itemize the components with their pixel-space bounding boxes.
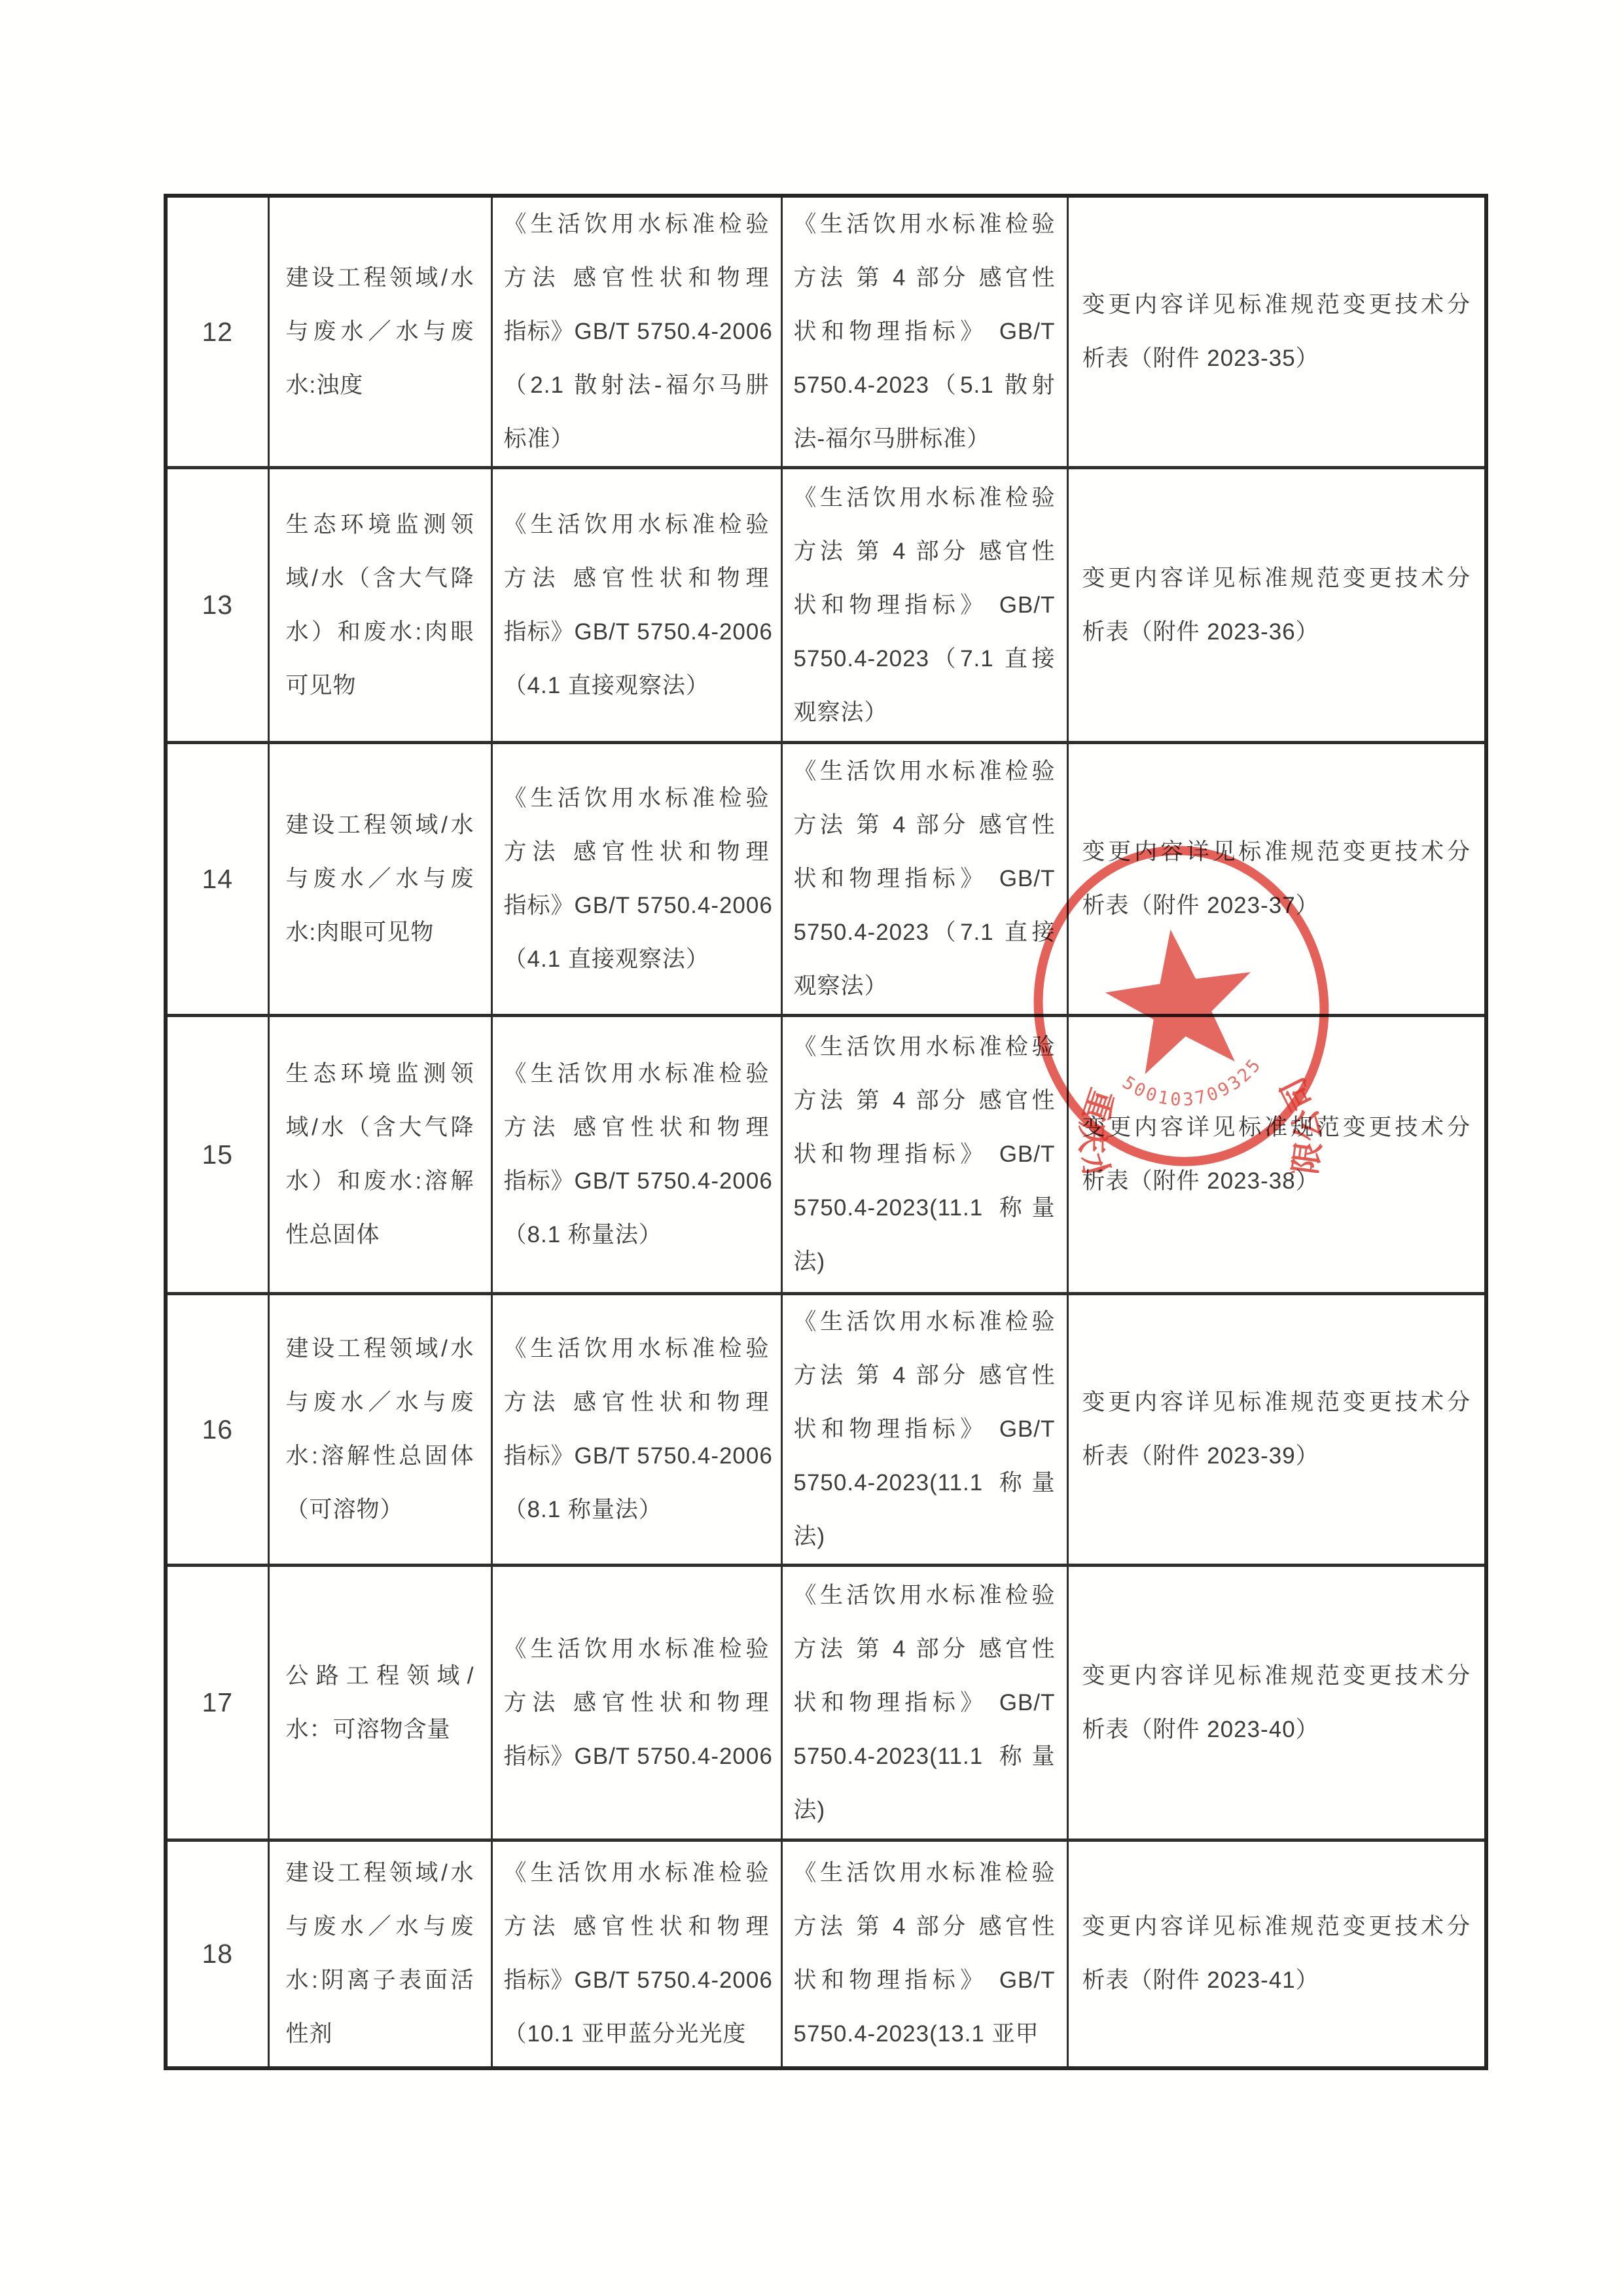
- cell-text-line: 5750.4-2023（7.1 直接: [783, 632, 1067, 686]
- cell-text-line: 5750.4-2023（7.1 直接: [783, 906, 1067, 960]
- standards-change-table: 12 建设工程领域/水与废水／水与废水:浊度 《生活饮用水标准检验方法 感官性状…: [164, 194, 1488, 2070]
- cell-text-line: 法-福尔马肼标准）: [783, 412, 1067, 466]
- old-standard-cell: 《生活饮用水标准检验方法 感官性状和物理指标》GB/T 5750.4-2006（…: [491, 196, 781, 468]
- field-cell: 建设工程领域/水与废水／水与废水:浊度: [268, 196, 491, 468]
- cell-text-line: （8.1 称量法）: [493, 1483, 781, 1537]
- change-note-cell: 变更内容详见标准规范变更技术分析表（附件 2023-38）: [1067, 1016, 1486, 1294]
- cell-text-line: 法): [783, 1235, 1067, 1289]
- cell-text-line: 5750.4-2023(11.1 称量: [783, 1730, 1067, 1784]
- cell-text-line: （可溶物）: [270, 1483, 491, 1537]
- cell-text-line: 法): [783, 1510, 1067, 1564]
- field-cell: 生态环境监测领域/水（含大气降水）和废水:溶解性总固体: [268, 1016, 491, 1294]
- cell-text-line: 建设工程领域/水: [270, 1322, 491, 1376]
- cell-text-line: 方法 感官性状和物理: [493, 1376, 781, 1429]
- row-number: 18: [168, 1939, 268, 1969]
- cell-text-line: 与废水／水与废: [270, 1376, 491, 1429]
- cell-text-line: 方法 第 4 部分 感官性: [783, 1623, 1067, 1676]
- row-number: 15: [168, 1139, 268, 1170]
- cell-text-line: 变更内容详见标准规范变更技术分: [1069, 278, 1485, 332]
- cell-text-line: 5750.4-2023（5.1 散射: [783, 359, 1067, 412]
- new-standard-cell: 《生活饮用水标准检验方法 第 4 部分 感官性状和物理指标》 GB/T5750.…: [781, 196, 1067, 468]
- cell-text-line: 方法 第 4 部分 感官性: [783, 798, 1067, 852]
- cell-text-line: 方法 感官性状和物理: [493, 1900, 781, 1954]
- new-standard-cell: 《生活饮用水标准检验方法 第 4 部分 感官性状和物理指标》 GB/T5750.…: [781, 1294, 1067, 1566]
- cell-text-line: 状和物理指标》 GB/T: [783, 1403, 1067, 1456]
- cell-text-line: 指标》GB/T 5750.4-2006: [493, 1730, 781, 1784]
- field-cell: 建设工程领域/水与废水／水与废水:阴离子表面活性剂: [268, 1840, 491, 2068]
- table-row: 17 公路工程领域/水：可溶物含量 《生活饮用水标准检验方法 感官性状和物理指标…: [166, 1566, 1486, 1840]
- cell-text-line: 指标》GB/T 5750.4-2006: [493, 1954, 781, 2007]
- row-number: 12: [168, 317, 268, 348]
- table-row: 16 建设工程领域/水与废水／水与废水:溶解性总固体（可溶物） 《生活饮用水标准…: [166, 1294, 1486, 1566]
- cell-text-line: 水:浊度: [270, 359, 491, 412]
- cell-text-line: （4.1 直接观察法）: [493, 659, 781, 713]
- seq-cell: 15: [166, 1016, 268, 1294]
- cell-text-line: 水）和废水:肉眼: [270, 605, 491, 659]
- old-standard-cell: 《生活饮用水标准检验方法 感官性状和物理指标》GB/T 5750.4-2006（…: [491, 1016, 781, 1294]
- cell-text-line: 析表（附件 2023-38）: [1069, 1155, 1485, 1208]
- cell-text-line: （10.1 亚甲蓝分光光度: [493, 2007, 781, 2061]
- change-note-cell: 变更内容详见标准规范变更技术分析表（附件 2023-41）: [1067, 1840, 1486, 2068]
- cell-text-line: 析表（附件 2023-41）: [1069, 1954, 1485, 2007]
- field-cell: 建设工程领域/水与废水／水与废水:溶解性总固体（可溶物）: [268, 1294, 491, 1566]
- cell-text-line: 《生活饮用水标准检验: [783, 1295, 1067, 1349]
- cell-text-line: 状和物理指标》 GB/T: [783, 305, 1067, 359]
- cell-text-line: 可见物: [270, 659, 491, 713]
- new-standard-cell: 《生活饮用水标准检验方法 第 4 部分 感官性状和物理指标》 GB/T5750.…: [781, 1016, 1067, 1294]
- change-note-cell: 变更内容详见标准规范变更技术分析表（附件 2023-37）: [1067, 743, 1486, 1016]
- cell-text-line: 水:肉眼可见物: [270, 906, 491, 960]
- cell-text-line: 变更内容详见标准规范变更技术分: [1069, 1900, 1485, 1954]
- cell-text-line: （2.1 散射法-福尔马肼: [493, 359, 781, 412]
- change-note-cell: 变更内容详见标准规范变更技术分析表（附件 2023-40）: [1067, 1566, 1486, 1840]
- cell-text-line: 法): [783, 1784, 1067, 1837]
- cell-text-line: 建设工程领域/水: [270, 798, 491, 852]
- change-note-cell: 变更内容详见标准规范变更技术分析表（附件 2023-36）: [1067, 468, 1486, 743]
- table-row: 18 建设工程领域/水与废水／水与废水:阴离子表面活性剂 《生活饮用水标准检验方…: [166, 1840, 1486, 2068]
- field-cell: 生态环境监测领域/水（含大气降水）和废水:肉眼可见物: [268, 468, 491, 743]
- row-number: 17: [168, 1687, 268, 1718]
- cell-text-line: 析表（附件 2023-39）: [1069, 1429, 1485, 1483]
- cell-text-line: 《生活饮用水标准检验: [493, 198, 781, 251]
- cell-text-line: 状和物理指标》 GB/T: [783, 1676, 1067, 1730]
- old-standard-cell: 《生活饮用水标准检验方法 感官性状和物理指标》GB/T 5750.4-2006: [491, 1566, 781, 1840]
- cell-text-line: 方法 感官性状和物理: [493, 1101, 781, 1155]
- seq-cell: 16: [166, 1294, 268, 1566]
- cell-text-line: 指标》GB/T 5750.4-2006: [493, 605, 781, 659]
- cell-text-line: 方法 第 4 部分 感官性: [783, 1900, 1067, 1954]
- cell-text-line: 方法 第 4 部分 感官性: [783, 1074, 1067, 1128]
- cell-text-line: 生态环境监测领: [270, 1047, 491, 1101]
- old-standard-cell: 《生活饮用水标准检验方法 感官性状和物理指标》GB/T 5750.4-2006（…: [491, 1840, 781, 2068]
- change-note-cell: 变更内容详见标准规范变更技术分析表（附件 2023-39）: [1067, 1294, 1486, 1566]
- cell-text-line: 公路工程领域/: [270, 1649, 491, 1703]
- cell-text-line: 域/水（含大气降: [270, 1101, 491, 1155]
- row-number: 14: [168, 864, 268, 895]
- cell-text-line: 状和物理指标》 GB/T: [783, 852, 1067, 906]
- cell-text-line: 变更内容详见标准规范变更技术分: [1069, 825, 1485, 879]
- cell-text-line: 《生活饮用水标准检验: [493, 498, 781, 552]
- row-number: 13: [168, 590, 268, 620]
- cell-text-line: 标准）: [493, 412, 781, 466]
- cell-text-line: 水:阴离子表面活: [270, 1954, 491, 2007]
- new-standard-cell: 《生活饮用水标准检验方法 第 4 部分 感官性状和物理指标》 GB/T5750.…: [781, 468, 1067, 743]
- cell-text-line: 方法 感官性状和物理: [493, 552, 781, 605]
- cell-text-line: 与废水／水与废: [270, 852, 491, 906]
- cell-text-line: 《生活饮用水标准检验: [783, 745, 1067, 798]
- cell-text-line: 与废水／水与废: [270, 305, 491, 359]
- cell-text-line: 指标》GB/T 5750.4-2006: [493, 879, 781, 933]
- cell-text-line: 析表（附件 2023-36）: [1069, 605, 1485, 659]
- document-page: 12 建设工程领域/水与废水／水与废水:浊度 《生活饮用水标准检验方法 感官性状…: [0, 0, 1623, 2296]
- cell-text-line: 指标》GB/T 5750.4-2006: [493, 1155, 781, 1208]
- cell-text-line: 《生活饮用水标准检验: [493, 772, 781, 825]
- cell-text-line: 指标》GB/T 5750.4-2006: [493, 1429, 781, 1483]
- table-row: 15 生态环境监测领域/水（含大气降水）和废水:溶解性总固体 《生活饮用水标准检…: [166, 1016, 1486, 1294]
- cell-text-line: 《生活饮用水标准检验: [783, 198, 1067, 251]
- seq-cell: 12: [166, 196, 268, 468]
- cell-text-line: 方法 感官性状和物理: [493, 825, 781, 879]
- cell-text-line: 变更内容详见标准规范变更技术分: [1069, 1101, 1485, 1155]
- cell-text-line: 性总固体: [270, 1208, 491, 1262]
- cell-text-line: 方法 第 4 部分 感官性: [783, 251, 1067, 305]
- cell-text-line: 《生活饮用水标准检验: [493, 1846, 781, 1900]
- cell-text-line: 状和物理指标》 GB/T: [783, 1954, 1067, 2007]
- cell-text-line: 方法 第 4 部分 感官性: [783, 525, 1067, 579]
- cell-text-line: 建设工程领域/水: [270, 251, 491, 305]
- cell-text-line: 《生活饮用水标准检验: [783, 471, 1067, 525]
- cell-text-line: 《生活饮用水标准检验: [783, 1569, 1067, 1623]
- cell-text-line: 观察法）: [783, 960, 1067, 1013]
- cell-text-line: 域/水（含大气降: [270, 552, 491, 605]
- cell-text-line: 析表（附件 2023-35）: [1069, 332, 1485, 386]
- seq-cell: 13: [166, 468, 268, 743]
- cell-text-line: 《生活饮用水标准检验: [493, 1047, 781, 1101]
- cell-text-line: 水：可溶物含量: [270, 1703, 491, 1757]
- old-standard-cell: 《生活饮用水标准检验方法 感官性状和物理指标》GB/T 5750.4-2006（…: [491, 1294, 781, 1566]
- cell-text-line: 状和物理指标》 GB/T: [783, 579, 1067, 632]
- change-note-cell: 变更内容详见标准规范变更技术分析表（附件 2023-35）: [1067, 196, 1486, 468]
- cell-text-line: 5750.4-2023(13.1 亚甲: [783, 2007, 1067, 2061]
- new-standard-cell: 《生活饮用水标准检验方法 第 4 部分 感官性状和物理指标》 GB/T5750.…: [781, 1566, 1067, 1840]
- cell-text-line: 生态环境监测领: [270, 498, 491, 552]
- table-row: 14 建设工程领域/水与废水／水与废水:肉眼可见物 《生活饮用水标准检验方法 感…: [166, 743, 1486, 1016]
- cell-text-line: 方法 第 4 部分 感官性: [783, 1349, 1067, 1403]
- field-cell: 建设工程领域/水与废水／水与废水:肉眼可见物: [268, 743, 491, 1016]
- cell-text-line: 水:溶解性总固体: [270, 1429, 491, 1483]
- cell-text-line: 5750.4-2023(11.1 称量: [783, 1456, 1067, 1510]
- field-cell: 公路工程领域/水：可溶物含量: [268, 1566, 491, 1840]
- cell-text-line: 观察法）: [783, 686, 1067, 740]
- new-standard-cell: 《生活饮用水标准检验方法 第 4 部分 感官性状和物理指标》 GB/T5750.…: [781, 1840, 1067, 2068]
- cell-text-line: 状和物理指标》 GB/T: [783, 1128, 1067, 1181]
- cell-text-line: （4.1 直接观察法）: [493, 933, 781, 986]
- cell-text-line: 《生活饮用水标准检验: [783, 1846, 1067, 1900]
- cell-text-line: 5750.4-2023(11.1 称量: [783, 1181, 1067, 1235]
- old-standard-cell: 《生活饮用水标准检验方法 感官性状和物理指标》GB/T 5750.4-2006（…: [491, 743, 781, 1016]
- cell-text-line: 变更内容详见标准规范变更技术分: [1069, 552, 1485, 605]
- cell-text-line: 析表（附件 2023-40）: [1069, 1703, 1485, 1757]
- old-standard-cell: 《生活饮用水标准检验方法 感官性状和物理指标》GB/T 5750.4-2006（…: [491, 468, 781, 743]
- cell-text-line: 方法 感官性状和物理: [493, 251, 781, 305]
- cell-text-line: 建设工程领域/水: [270, 1846, 491, 1900]
- row-number: 16: [168, 1414, 268, 1445]
- cell-text-line: 变更内容详见标准规范变更技术分: [1069, 1376, 1485, 1429]
- cell-text-line: 《生活饮用水标准检验: [783, 1020, 1067, 1074]
- cell-text-line: 变更内容详见标准规范变更技术分: [1069, 1649, 1485, 1703]
- cell-text-line: 指标》GB/T 5750.4-2006: [493, 305, 781, 359]
- cell-text-line: 析表（附件 2023-37）: [1069, 879, 1485, 933]
- seq-cell: 18: [166, 1840, 268, 2068]
- new-standard-cell: 《生活饮用水标准检验方法 第 4 部分 感官性状和物理指标》 GB/T5750.…: [781, 743, 1067, 1016]
- cell-text-line: （8.1 称量法）: [493, 1208, 781, 1262]
- cell-text-line: 水）和废水:溶解: [270, 1155, 491, 1208]
- cell-text-line: 方法 感官性状和物理: [493, 1676, 781, 1730]
- cell-text-line: 与废水／水与废: [270, 1900, 491, 1954]
- table-row: 13 生态环境监测领域/水（含大气降水）和废水:肉眼可见物 《生活饮用水标准检验…: [166, 468, 1486, 743]
- cell-text-line: 《生活饮用水标准检验: [493, 1322, 781, 1376]
- cell-text-line: 《生活饮用水标准检验: [493, 1623, 781, 1676]
- table-row: 12 建设工程领域/水与废水／水与废水:浊度 《生活饮用水标准检验方法 感官性状…: [166, 196, 1486, 468]
- seq-cell: 14: [166, 743, 268, 1016]
- cell-text-line: 性剂: [270, 2007, 491, 2061]
- seq-cell: 17: [166, 1566, 268, 1840]
